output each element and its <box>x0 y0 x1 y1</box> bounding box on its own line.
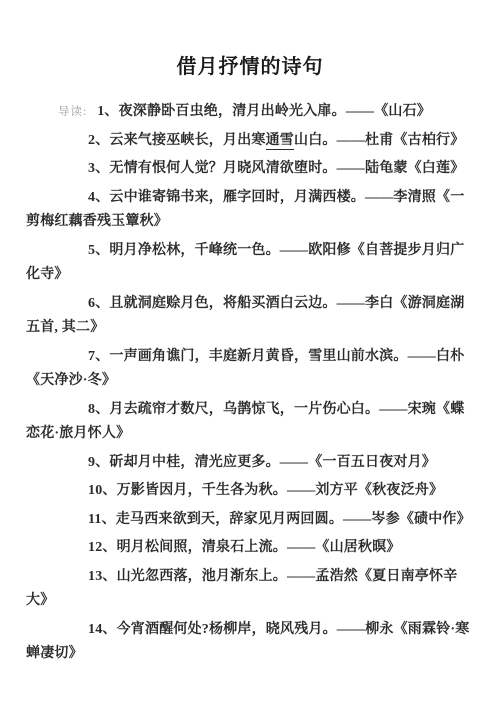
item-number: 2、 <box>88 133 109 148</box>
poem-item-2: 2、云来气接巫峡长，月出寒通雪山白。——杜甫《古柏行》 <box>26 129 472 154</box>
item-number: 1、 <box>97 104 118 119</box>
poem-item-10: 10、万影皆因月，千生各为秋。——刘方平《秋夜泛舟》 <box>26 479 472 504</box>
poem-item-5: 5、明月净松林，千峰统一色。——欧阳修《自菩提步月归广化寺》 <box>26 239 472 288</box>
item-number: 6、 <box>88 296 109 311</box>
poem-item-6: 6、且就洞庭赊月色，将船买酒白云边。——李白《游洞庭湖五首, 其二》 <box>26 292 472 341</box>
poem-list: 导读:1、夜深静卧百虫绝，清月出岭光入扉。——《山石》2、云来气接巫峡长，月出寒… <box>26 100 472 667</box>
item-text: 山白。——杜甫《古柏行》 <box>294 133 464 148</box>
item-number: 7、 <box>88 349 109 364</box>
item-number: 4、 <box>88 190 109 205</box>
item-text: 无情有恨何人觉？月晓风清欲堕时。——陆龟蒙《白莲》 <box>109 161 464 176</box>
item-number: 8、 <box>88 402 109 417</box>
poem-item-8: 8、月去疏帘才数尺，乌鹊惊飞，一片伤心白。——宋琬《蝶恋花·旅月怀人》 <box>26 398 472 447</box>
item-number: 11、 <box>88 512 116 527</box>
item-number: 14、 <box>88 622 117 637</box>
poem-item-12: 12、明月松间照，清泉石上流。——《山居秋暝》 <box>26 536 472 561</box>
item-text: 斫却月中桂，清光应更多。——《一百五日夜对月》 <box>109 455 436 470</box>
item-number: 9、 <box>88 455 109 470</box>
item-number: 13、 <box>88 569 117 584</box>
item-text: 万影皆因月，千生各为秋。——刘方平《秋夜泛舟》 <box>117 483 444 498</box>
poem-item-9: 9、斫却月中桂，清光应更多。——《一百五日夜对月》 <box>26 451 472 476</box>
underlined-text: 通雪 <box>266 133 294 150</box>
page-title: 借月抒情的诗句 <box>0 52 500 82</box>
item-text: 走马西来欲到天，辞家见月两回圆。——岑参《碛中作》 <box>116 512 471 527</box>
item-number: 3、 <box>88 161 109 176</box>
poem-item-3: 3、无情有恨何人觉？月晓风清欲堕时。——陆龟蒙《白莲》 <box>26 157 472 182</box>
item-number: 12、 <box>88 540 117 555</box>
item-number: 10、 <box>88 483 117 498</box>
document-page: 借月抒情的诗句 导读:1、夜深静卧百虫绝，清月出岭光入扉。——《山石》2、云来气… <box>0 0 500 707</box>
item-text: 夜深静卧百虫绝，清月出岭光入扉。——《山石》 <box>119 104 431 119</box>
item-text: 云来气接巫峡长，月出寒 <box>109 133 265 148</box>
poem-item-11: 11、走马西来欲到天，辞家见月两回圆。——岑参《碛中作》 <box>26 508 472 533</box>
poem-item-13: 13、山光忽西落，池月渐东上。——孟浩然《夏日南亭怀辛大》 <box>26 565 472 614</box>
poem-item-4: 4、云中谁寄锦书来，雁字回时，月满西楼。——李清照《一剪梅红藕香残玉簟秋》 <box>26 186 472 235</box>
poem-item-1: 导读:1、夜深静卧百虫绝，清月出岭光入扉。——《山石》 <box>26 100 472 125</box>
poem-item-7: 7、一声画角谯门，丰庭新月黄昏，雪里山前水滨。——白朴《天净沙·冬》 <box>26 345 472 394</box>
lead-label: 导读: <box>58 106 87 118</box>
poem-item-14: 14、今宵酒醒何处?杨柳岸，晓风残月。——柳永《雨霖铃·寒蝉凄切》 <box>26 618 472 667</box>
item-number: 5、 <box>88 243 109 258</box>
item-text: 明月松间照，清泉石上流。——《山居秋暝》 <box>117 540 401 555</box>
